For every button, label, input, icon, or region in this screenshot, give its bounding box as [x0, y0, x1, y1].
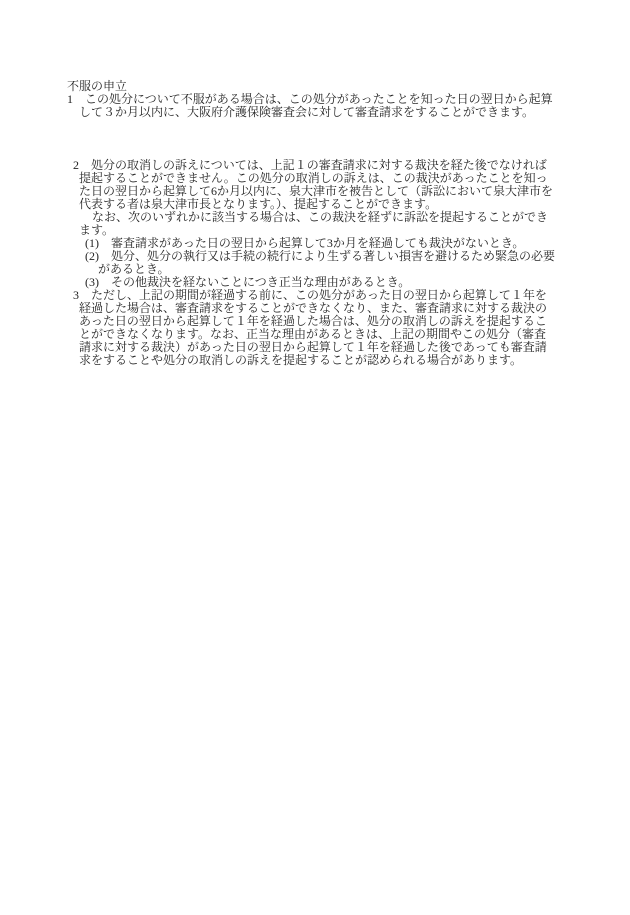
document-line: して３か月以内に、大阪府介護保険審査会に対して審査請求をすることができます。	[79, 106, 572, 119]
document-body: 不服の申立 1 この処分について不服がある場合は、この処分があったことを知った日…	[67, 80, 572, 367]
document-line: なお、次のいずれかに該当する場合は、この裁決を経ずに訴訟を提起することができ	[92, 211, 572, 224]
paragraph-item-2: 2 処分の取消しの訴えについては、上記１の審査請求に対する裁決を経た後でなければ…	[67, 159, 572, 289]
paragraph-item-1: 1 この処分について不服がある場合は、この処分があったことを知った日の翌日から起…	[67, 93, 572, 119]
paragraph-item-3: 3 ただし、上記の期間が経過する前に、この処分があった日の翌日から起算して１年を…	[67, 289, 572, 367]
document-page: 不服の申立 1 この処分について不服がある場合は、この処分があったことを知った日…	[0, 0, 630, 915]
document-line: 求をすることや処分の取消しの訴えを提起することが認められる場合があります。	[79, 354, 572, 367]
